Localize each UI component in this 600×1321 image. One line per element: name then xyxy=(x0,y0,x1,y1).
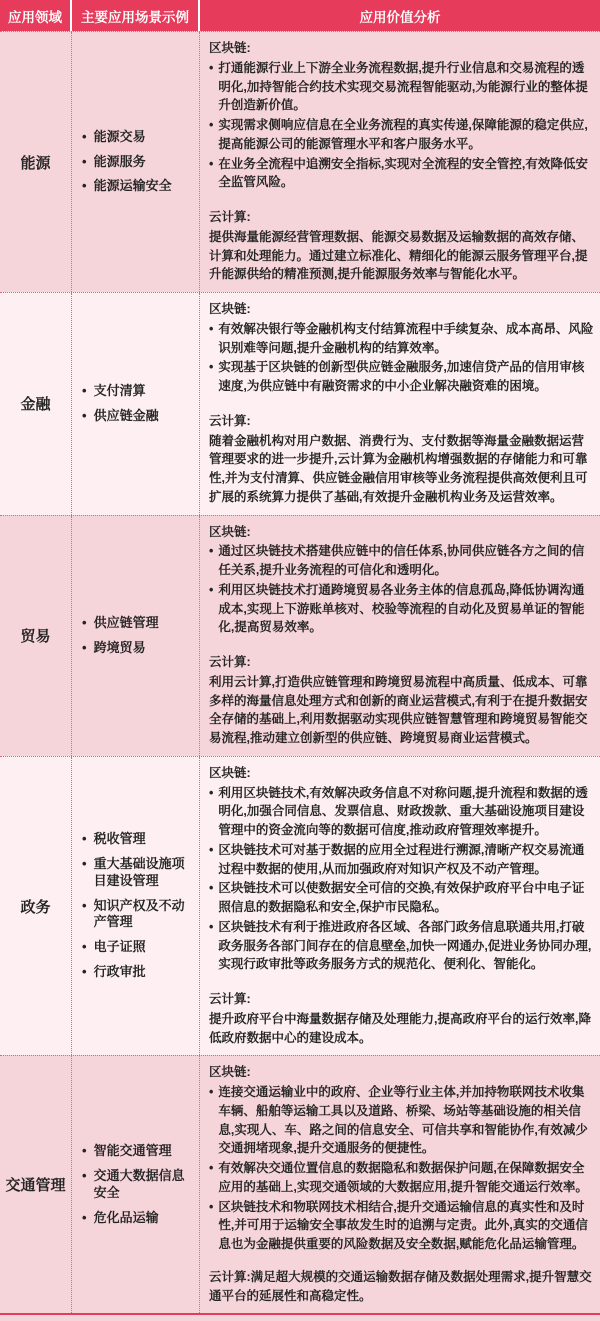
analysis-section-heading: 区块链: xyxy=(209,764,594,783)
scenario-item: •重大基础设施项目建设管理 xyxy=(82,856,195,890)
analysis-bullet: •区块链技术有利于推进政府各区域、各部门政务信息联通共用,打破政务服务各部门间存… xyxy=(209,918,594,974)
scenario-label: 行政审批 xyxy=(94,964,146,981)
scenario-item: •能源运输安全 xyxy=(82,178,195,195)
analysis-paragraph: 云计算:满足超大规模的交通运输数据存储及数据处理需求,提升智慧交通平台的延展性和… xyxy=(209,1268,594,1306)
analysis-cell: 区块链:•利用区块链技术,有效解决政务信息不对称问题,提升流程和数据的透明化,加… xyxy=(200,757,600,1056)
analysis-bullet: •有效解决银行等金融机构支付结算流程中手续复杂、成本高昂、风险识别难等问题,提升… xyxy=(209,320,594,358)
bullet-icon: • xyxy=(209,1159,213,1197)
analysis-section-heading: 云计算: xyxy=(209,208,594,227)
scenario-label: 能源交易 xyxy=(94,129,146,146)
scenario-cell: •支付清算•供应链金融 xyxy=(72,293,200,515)
analysis-bullet-text: 有效解决交通位置信息的数据隐私和数据保护问题,在保障数据安全应用的基础上,实现交… xyxy=(218,1159,594,1197)
analysis-bullet-text: 区块链技术可以使数据安全可信的交换,有效保护政府平台中电子证照信息的数据隐私和安… xyxy=(218,879,594,917)
scenario-label: 供应链金融 xyxy=(94,408,159,425)
analysis-bullet-text: 实现需求侧响应信息在全业务流程的真实传递,保障能源的稳定供应,提高能源公司的能源… xyxy=(218,116,594,154)
analysis-paragraph: 利用云计算,打造供应链管理和跨境贸易流程中高质量、低成本、可靠多样的海量信息处理… xyxy=(209,673,594,748)
analysis-cell: 区块链:•打通能源行业上下游全业务流程数据,提升行业信息和交易流程的透明化,加持… xyxy=(200,32,600,292)
analysis-bullet-text: 实现基于区块链的创新型供应链金融服务,加速信贷产品的信用审核速度,为供应链中有融… xyxy=(218,358,594,396)
analysis-section-heading: 云计算: xyxy=(209,653,594,672)
bullet-icon: • xyxy=(209,581,213,637)
bullet-icon: • xyxy=(209,155,213,193)
analysis-bullet-text: 利用区块链技术打通跨境贸易各业务主体的信息孤岛,降低协调沟通成本,实现上下游账单… xyxy=(218,581,594,637)
analysis-bullet: •利用区块链技术打通跨境贸易各业务主体的信息孤岛,降低协调沟通成本,实现上下游账… xyxy=(209,581,594,637)
scenario-cell: •智能交通管理•交通大数据信息安全•危化品运输 xyxy=(72,1056,200,1313)
table-row: 政务 •税收管理•重大基础设施项目建设管理•知识产权及不动产管理•电子证照•行政… xyxy=(0,756,600,1056)
scenario-label: 知识产权及不动产管理 xyxy=(94,898,195,932)
bullet-icon: • xyxy=(209,116,213,154)
scenario-label: 电子证照 xyxy=(94,939,146,956)
field-label: 政务 xyxy=(20,896,50,917)
bullet-icon: • xyxy=(209,1198,213,1254)
bullet-icon: • xyxy=(209,879,213,917)
scenario-label: 智能交通管理 xyxy=(94,1143,172,1160)
analysis-paragraph: 提升政府平台中海量数据存储及处理能力,提高政府平台的运行效率,降低政府数据中心的… xyxy=(209,1010,594,1048)
bullet-icon: • xyxy=(82,831,87,848)
analysis-bullet: •区块链技术和物联网技术相结合,提升交通运输信息的真实性和及时性,并可用于运输安… xyxy=(209,1198,594,1254)
scenario-item: •支付清算 xyxy=(82,383,195,400)
scenario-cell: •供应链管理•跨境贸易 xyxy=(72,516,200,756)
analysis-bullet: •打通能源行业上下游全业务流程数据,提升行业信息和交易流程的透明化,加持智能合约… xyxy=(209,59,594,115)
scenario-label: 跨境贸易 xyxy=(94,640,146,657)
field-label: 能源 xyxy=(20,152,50,173)
field-label: 贸易 xyxy=(20,625,50,646)
analysis-bullet-text: 区块链技术和物联网技术相结合,提升交通运输信息的真实性和及时性,并可用于运输安全… xyxy=(218,1198,594,1254)
analysis-bullet: •连接交通运输业中的政府、企业等行业主体,并加持物联网技术收集车辆、船舶等运输工… xyxy=(209,1083,594,1158)
scenario-item: •税收管理 xyxy=(82,831,195,848)
bullet-icon: • xyxy=(209,918,213,974)
analysis-bullet-text: 区块链技术可对基于数据的应用全过程进行溯源,清晰产权交易流通过程中数据的使用,从… xyxy=(218,841,594,879)
analysis-section-heading: 云计算: xyxy=(209,990,594,1009)
bullet-icon: • xyxy=(209,542,213,580)
scenario-item: •交通大数据信息安全 xyxy=(82,1168,195,1202)
analysis-cell: 区块链:•通过区块链技术搭建供应链中的信任体系,协同供应链各方之间的信任关系,提… xyxy=(200,516,600,756)
analysis-cell: 区块链:•有效解决银行等金融机构支付结算流程中手续复杂、成本高昂、风险识别难等问… xyxy=(200,293,600,515)
analysis-bullet: •通过区块链技术搭建供应链中的信任体系,协同供应链各方之间的信任关系,提升业务流… xyxy=(209,542,594,580)
analysis-bullet-text: 区块链技术有利于推进政府各区域、各部门政务信息联通共用,打破政务服务各部门间存在… xyxy=(218,918,594,974)
table-body: 能源 •能源交易•能源服务•能源运输安全 区块链:•打通能源行业上下游全业务流程… xyxy=(0,31,600,1313)
scenario-item: •危化品运输 xyxy=(82,1210,195,1227)
bullet-icon: • xyxy=(209,59,213,115)
bullet-icon: • xyxy=(209,1083,213,1158)
scenario-cell: •能源交易•能源服务•能源运输安全 xyxy=(72,32,200,292)
analysis-bullet: •区块链技术可以使数据安全可信的交换,有效保护政府平台中电子证照信息的数据隐私和… xyxy=(209,879,594,917)
field-cell: 金融 xyxy=(0,293,72,515)
table-bottom-border xyxy=(0,1313,600,1321)
scenario-label: 交通大数据信息安全 xyxy=(94,1168,195,1202)
analysis-bullet: •在业务全流程中追溯安全指标,实现对全流程的安全管控,有效降低安全监管风险。 xyxy=(209,155,594,193)
bullet-icon: • xyxy=(82,408,87,425)
scenario-label: 能源运输安全 xyxy=(94,178,172,195)
scenario-item: •能源服务 xyxy=(82,154,195,171)
analysis-section-heading: 区块链: xyxy=(209,1063,594,1082)
analysis-bullet: •有效解决交通位置信息的数据隐私和数据保护问题,在保障数据安全应用的基础上,实现… xyxy=(209,1159,594,1197)
scenario-item: •电子证照 xyxy=(82,939,195,956)
analysis-section-heading: 区块链: xyxy=(209,300,594,319)
header-value-analysis: 应用价值分析 xyxy=(200,0,600,31)
analysis-bullet-text: 利用区块链技术,有效解决政务信息不对称问题,提升流程和数据的透明化,加强合同信息… xyxy=(218,784,594,840)
scenario-label: 能源服务 xyxy=(94,154,146,171)
analysis-bullet: •利用区块链技术,有效解决政务信息不对称问题,提升流程和数据的透明化,加强合同信… xyxy=(209,784,594,840)
analysis-bullet: •实现基于区块链的创新型供应链金融服务,加速信贷产品的信用审核速度,为供应链中有… xyxy=(209,358,594,396)
scenario-item: •供应链管理 xyxy=(82,615,195,632)
field-cell: 贸易 xyxy=(0,516,72,756)
bullet-icon: • xyxy=(82,640,87,657)
analysis-bullet-text: 在业务全流程中追溯安全指标,实现对全流程的安全管控,有效降低安全监管风险。 xyxy=(218,155,594,193)
field-label: 金融 xyxy=(20,393,50,414)
scenario-item: •供应链金融 xyxy=(82,408,195,425)
scenario-label: 危化品运输 xyxy=(94,1210,159,1227)
bullet-icon: • xyxy=(82,856,87,890)
table-row: 贸易 •供应链管理•跨境贸易 区块链:•通过区块链技术搭建供应链中的信任体系,协… xyxy=(0,515,600,756)
bullet-icon: • xyxy=(209,784,213,840)
analysis-bullet-text: 通过区块链技术搭建供应链中的信任体系,协同供应链各方之间的信任关系,提升业务流程… xyxy=(218,542,594,580)
bullet-icon: • xyxy=(209,358,213,396)
analysis-paragraph: 随着金融机构对用户数据、消费行为、支付数据等海量金融数据运营管理要求的进一步提升… xyxy=(209,432,594,507)
analysis-section-heading: 云计算: xyxy=(209,412,594,431)
bullet-icon: • xyxy=(82,178,87,195)
bullet-icon: • xyxy=(82,615,87,632)
bullet-icon: • xyxy=(82,964,87,981)
bullet-icon: • xyxy=(82,1168,87,1202)
bullet-icon: • xyxy=(82,898,87,932)
application-value-table: 应用领域 主要应用场景示例 应用价值分析 能源 •能源交易•能源服务•能源运输安… xyxy=(0,0,600,1321)
scenario-cell: •税收管理•重大基础设施项目建设管理•知识产权及不动产管理•电子证照•行政审批 xyxy=(72,757,200,1056)
analysis-bullet: •实现需求侧响应信息在全业务流程的真实传递,保障能源的稳定供应,提高能源公司的能… xyxy=(209,116,594,154)
analysis-bullet-text: 打通能源行业上下游全业务流程数据,提升行业信息和交易流程的透明化,加持智能合约技… xyxy=(218,59,594,115)
analysis-section-heading: 区块链: xyxy=(209,523,594,542)
analysis-cell: 区块链:•连接交通运输业中的政府、企业等行业主体,并加持物联网技术收集车辆、船舶… xyxy=(200,1056,600,1313)
bullet-icon: • xyxy=(82,939,87,956)
scenario-item: •能源交易 xyxy=(82,129,195,146)
field-cell: 交通管理 xyxy=(0,1056,72,1313)
analysis-bullet: •区块链技术可对基于数据的应用全过程进行溯源,清晰产权交易流通过程中数据的使用,… xyxy=(209,841,594,879)
bullet-icon: • xyxy=(82,1210,87,1227)
analysis-bullet-text: 连接交通运输业中的政府、企业等行业主体,并加持物联网技术收集车辆、船舶等运输工具… xyxy=(218,1083,594,1158)
scenario-label: 支付清算 xyxy=(94,383,146,400)
scenario-item: •行政审批 xyxy=(82,964,195,981)
header-scenario-examples: 主要应用场景示例 xyxy=(72,0,200,31)
analysis-inline-heading: 云计算: xyxy=(209,1270,251,1284)
bullet-icon: • xyxy=(82,383,87,400)
table-row: 能源 •能源交易•能源服务•能源运输安全 区块链:•打通能源行业上下游全业务流程… xyxy=(0,31,600,292)
analysis-bullet-text: 有效解决银行等金融机构支付结算流程中手续复杂、成本高昂、风险识别难等问题,提升金… xyxy=(218,320,594,358)
table-row: 交通管理 •智能交通管理•交通大数据信息安全•危化品运输 区块链:•连接交通运输… xyxy=(0,1055,600,1313)
table-row: 金融 •支付清算•供应链金融 区块链:•有效解决银行等金融机构支付结算流程中手续… xyxy=(0,292,600,515)
bullet-icon: • xyxy=(209,320,213,358)
scenario-label: 税收管理 xyxy=(94,831,146,848)
bullet-icon: • xyxy=(82,154,87,171)
analysis-paragraph: 提供海量能源经营管理数据、能源交易数据及运输数据的高效存储、计算和处理能力。通过… xyxy=(209,228,594,284)
table-header: 应用领域 主要应用场景示例 应用价值分析 xyxy=(0,0,600,31)
scenario-label: 重大基础设施项目建设管理 xyxy=(94,856,195,890)
scenario-item: •跨境贸易 xyxy=(82,640,195,657)
bullet-icon: • xyxy=(82,129,87,146)
header-application-field: 应用领域 xyxy=(0,0,72,31)
scenario-item: •智能交通管理 xyxy=(82,1143,195,1160)
field-label: 交通管理 xyxy=(5,1174,65,1195)
scenario-label: 供应链管理 xyxy=(94,615,159,632)
field-cell: 政务 xyxy=(0,757,72,1056)
bullet-icon: • xyxy=(82,1143,87,1160)
field-cell: 能源 xyxy=(0,32,72,292)
analysis-section-heading: 区块链: xyxy=(209,39,594,58)
scenario-item: •知识产权及不动产管理 xyxy=(82,898,195,932)
bullet-icon: • xyxy=(209,841,213,879)
